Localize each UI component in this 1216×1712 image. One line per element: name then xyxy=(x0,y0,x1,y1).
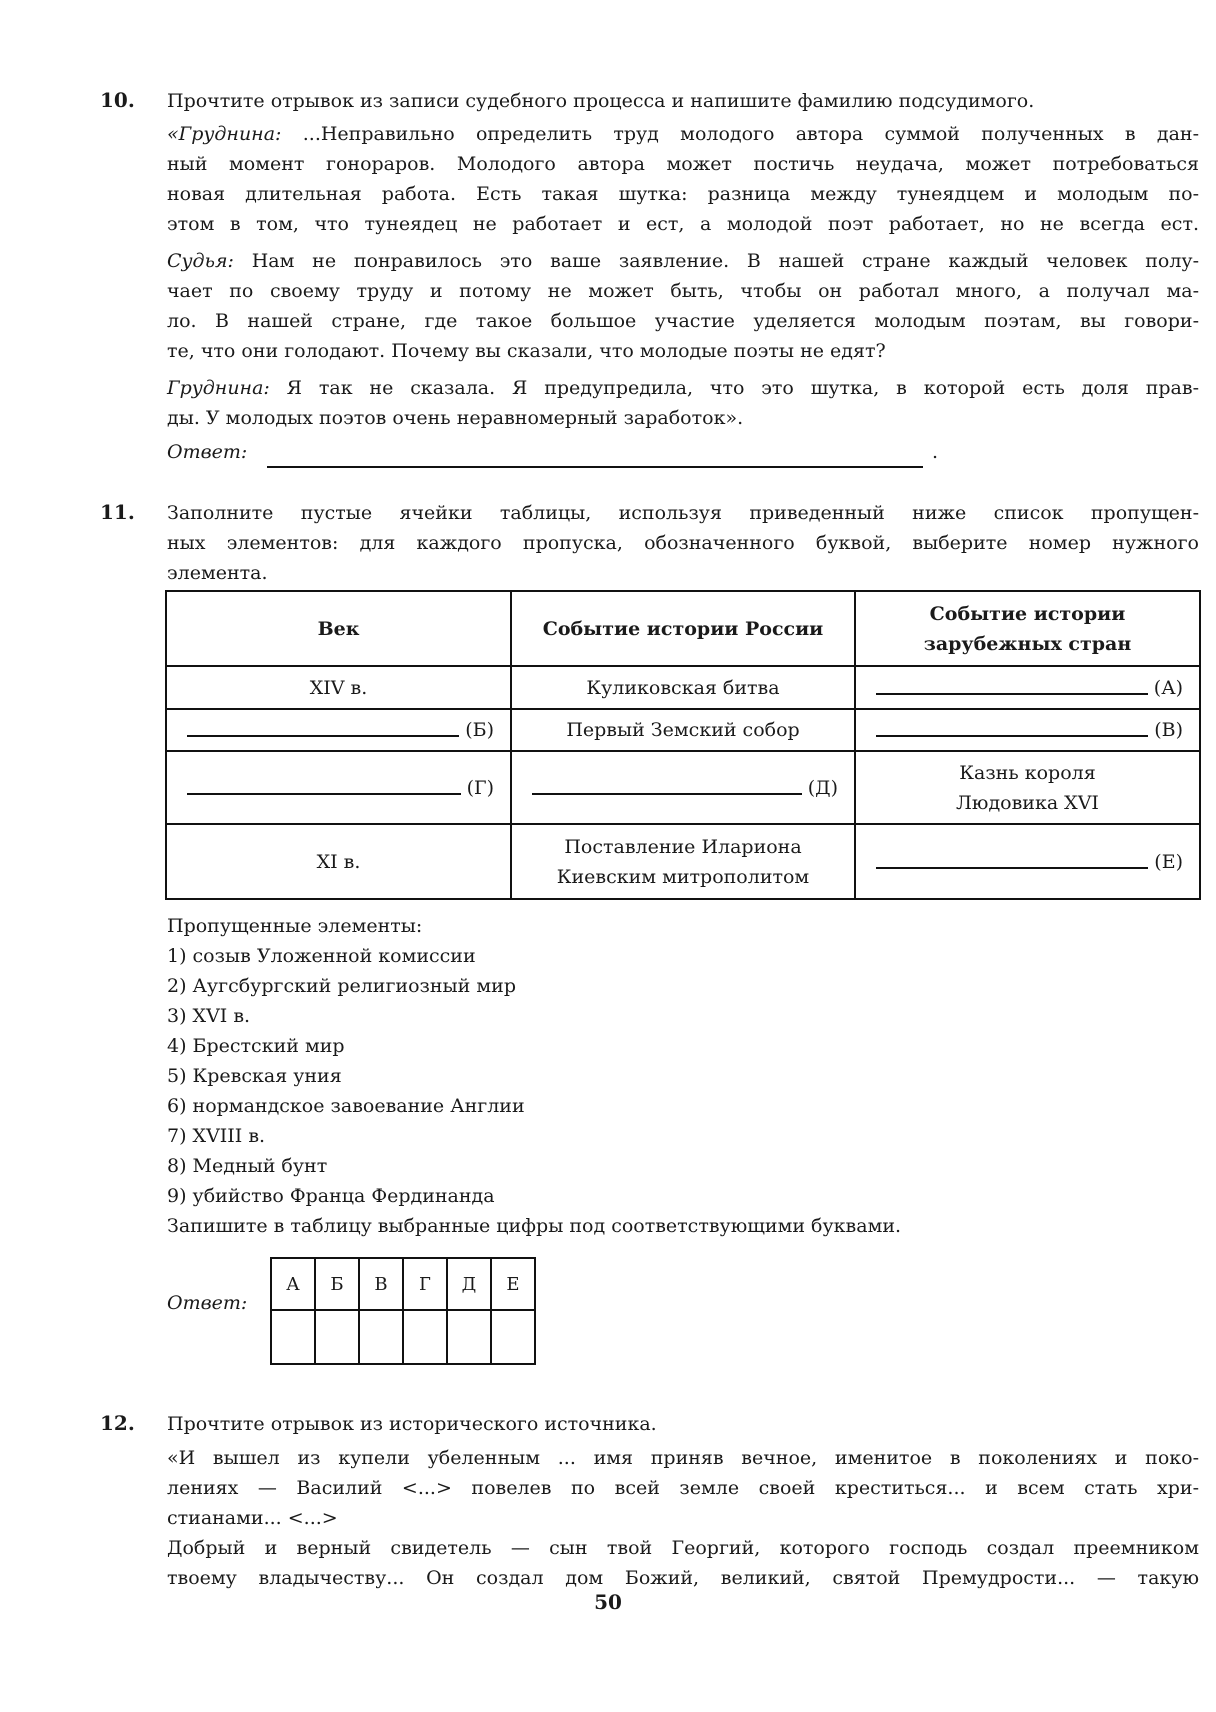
cell-century-blank-b[interactable]: (Б) xyxy=(166,709,511,751)
question-11-number: 11. xyxy=(100,500,135,524)
grid-letter: Е xyxy=(491,1258,535,1310)
transcript-line: ный момент гонораров. Молодого автора мо… xyxy=(167,149,1199,179)
grid-letter: Г xyxy=(403,1258,447,1310)
cell-foreign-blank-v[interactable]: (В) xyxy=(855,709,1200,751)
cell-foreign-blank-e[interactable]: (Е) xyxy=(855,824,1200,899)
answer-grid: А Б В Г Д Е xyxy=(270,1257,536,1365)
question-10-prompt: Прочтите отрывок из записи судебного про… xyxy=(167,86,1199,116)
question-10-number: 10. xyxy=(100,88,135,112)
blank-letter: (Б) xyxy=(465,715,494,745)
question-11-prompt-line: Заполните пустые ячейки таблицы, использ… xyxy=(167,498,1199,528)
blank-letter: (В) xyxy=(1154,715,1183,745)
blank-line xyxy=(532,793,802,795)
cell-russia-event: Поставление ИларионаКиевским митрополито… xyxy=(511,824,855,899)
question-10-answer-label: Ответ: xyxy=(167,441,247,463)
answer-instruction: Запишите в таблицу выбранные цифры под с… xyxy=(167,1211,901,1241)
source-line: твоему владычеству... Он создал дом Божи… xyxy=(167,1563,1199,1593)
header-russia-event: Событие истории России xyxy=(511,591,855,666)
answer-grid-inputs xyxy=(271,1310,535,1364)
question-12-prompt: Прочтите отрывок из исторического источн… xyxy=(167,1409,1199,1439)
question-12-number: 12. xyxy=(100,1411,135,1435)
grid-letter: Б xyxy=(315,1258,359,1310)
transcript-line: чает по своему труду и потому не может б… xyxy=(167,276,1199,306)
cell-foreign-blank-a[interactable]: (А) xyxy=(855,666,1200,709)
blank-line xyxy=(187,735,459,737)
transcript-line: Судья: Нам не понравилось это ваше заявл… xyxy=(167,246,1199,276)
transcript-line: те, что они голодают. Почему вы сказали,… xyxy=(167,336,1199,366)
blank-line xyxy=(187,793,461,795)
events-table: Век Событие истории России Событие истор… xyxy=(165,590,1201,900)
table-row: XI в. Поставление ИларионаКиевским митро… xyxy=(166,824,1200,899)
source-line: Добрый и верный свидетель — сын твой Гео… xyxy=(167,1533,1199,1563)
blank-line xyxy=(876,735,1148,737)
answer-end-dot: . xyxy=(932,441,938,463)
blank-letter: (Е) xyxy=(1154,847,1183,877)
blank-letter: (Г) xyxy=(467,773,494,803)
cell-russia-event: Первый Земский собор xyxy=(511,709,855,751)
list-item: 7) XVIII в. xyxy=(167,1121,265,1151)
list-item: 6) нормандское завоевание Англии xyxy=(167,1091,525,1121)
transcript-line: «Груднина: ...Неправильно определить тру… xyxy=(167,119,1199,149)
blank-line xyxy=(876,867,1148,869)
transcript-line: этом в том, что тунеядец не работает и е… xyxy=(167,209,1199,239)
cell-century: XIV в. xyxy=(166,666,511,709)
table-header-row: Век Событие истории России Событие истор… xyxy=(166,591,1200,666)
source-line: стианами... <...> xyxy=(167,1503,1199,1533)
cell-russia-event: Куликовская битва xyxy=(511,666,855,709)
cell-russia-blank-d[interactable]: (Д) xyxy=(511,751,855,824)
question-10-answer-field[interactable] xyxy=(267,466,923,468)
blank-letter: (Д) xyxy=(808,773,838,803)
list-item: 4) Брестский мир xyxy=(167,1031,345,1061)
list-item: 8) Медный бунт xyxy=(167,1151,327,1181)
grid-letter: Д xyxy=(447,1258,491,1310)
grid-letter: В xyxy=(359,1258,403,1310)
header-century: Век xyxy=(166,591,511,666)
table-row: (Г) (Д) Казнь короляЛюдовика XVI xyxy=(166,751,1200,824)
header-foreign-event: Событие истории зарубежных стран xyxy=(855,591,1200,666)
grid-letter: А xyxy=(271,1258,315,1310)
blank-letter: (А) xyxy=(1154,673,1183,703)
answer-cell-e[interactable] xyxy=(491,1310,535,1364)
transcript-line: Груднина: Я так не сказала. Я предупреди… xyxy=(167,373,1199,403)
transcript-line: ды. У молодых поэтов очень неравномерный… xyxy=(167,403,1199,433)
answer-cell-b[interactable] xyxy=(315,1310,359,1364)
question-11-prompt-line: элемента. xyxy=(167,558,1199,588)
source-line: лениях — Василий <...> повелев по всей з… xyxy=(167,1473,1199,1503)
transcript-line: новая длительная работа. Есть такая шутк… xyxy=(167,179,1199,209)
cell-foreign-event: Казнь короляЛюдовика XVI xyxy=(855,751,1200,824)
answer-cell-d[interactable] xyxy=(447,1310,491,1364)
list-item: 5) Кревская уния xyxy=(167,1061,342,1091)
answer-cell-a[interactable] xyxy=(271,1310,315,1364)
cell-century: XI в. xyxy=(166,824,511,899)
cell-century-blank-g[interactable]: (Г) xyxy=(166,751,511,824)
list-item: 9) убийство Франца Фердинанда xyxy=(167,1181,495,1211)
page-number: 50 xyxy=(0,1590,1216,1614)
blank-line xyxy=(876,693,1148,695)
answer-cell-v[interactable] xyxy=(359,1310,403,1364)
answer-grid-letters: А Б В Г Д Е xyxy=(271,1258,535,1310)
answer-cell-g[interactable] xyxy=(403,1310,447,1364)
table-row: (Б) Первый Земский собор (В) xyxy=(166,709,1200,751)
source-line: «И вышел из купели убеленным ... имя при… xyxy=(167,1443,1199,1473)
transcript-line: ло. В нашей стране, где такое большое уч… xyxy=(167,306,1199,336)
missing-elements-title: Пропущенные элементы: xyxy=(167,911,422,941)
list-item: 1) созыв Уложенной комиссии xyxy=(167,941,476,971)
list-item: 3) XVI в. xyxy=(167,1001,250,1031)
question-11-prompt-line: ных элементов: для каждого пропуска, обо… xyxy=(167,528,1199,558)
list-item: 2) Аугсбургский религиозный мир xyxy=(167,971,516,1001)
question-11-answer-label: Ответ: xyxy=(167,1292,247,1314)
table-row: XIV в. Куликовская битва (А) xyxy=(166,666,1200,709)
